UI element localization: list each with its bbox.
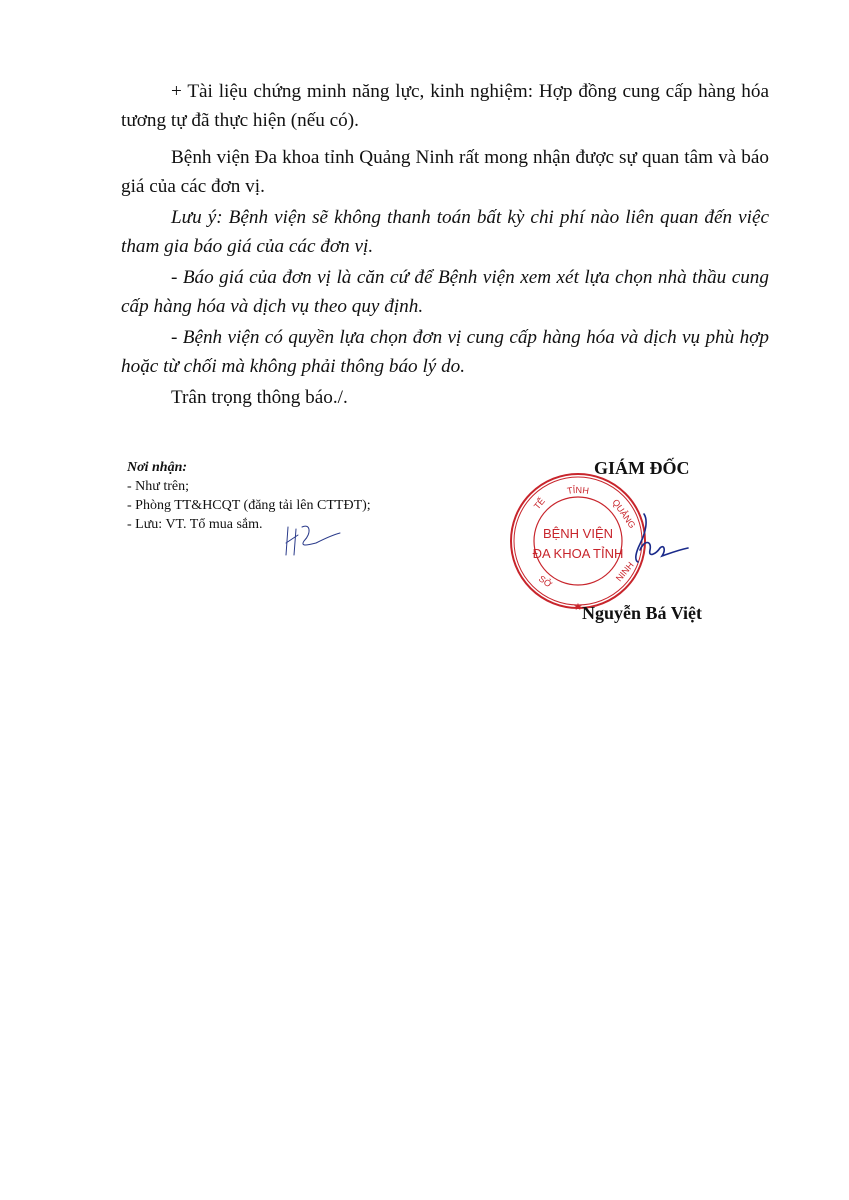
initials-signature-icon bbox=[282, 521, 342, 557]
paragraph-rights: - Bệnh viện có quyền lựa chọn đơn vị cun… bbox=[121, 323, 769, 381]
paragraph-documents: + Tài liệu chứng minh năng lực, kinh ngh… bbox=[121, 77, 769, 135]
paragraph-text: Bệnh viện Đa khoa tỉnh Quảng Ninh rất mo… bbox=[121, 147, 769, 197]
svg-text:SỞ: SỞ bbox=[537, 573, 555, 590]
recipients-heading: Nơi nhận: bbox=[127, 458, 371, 477]
svg-text:TẾ: TẾ bbox=[532, 496, 547, 511]
paragraph-text: Lưu ý: Bệnh viện sẽ không thanh toán bất… bbox=[121, 207, 769, 257]
paragraph-closing: Trân trọng thông báo./. bbox=[121, 383, 769, 412]
paragraph-text: - Báo giá của đơn vị là căn cứ để Bệnh v… bbox=[121, 267, 769, 317]
director-signature-icon bbox=[630, 506, 690, 571]
paragraph-note: Lưu ý: Bệnh viện sẽ không thanh toán bất… bbox=[121, 203, 769, 261]
recipient-item: - Như trên; bbox=[127, 477, 371, 496]
paragraph-request: Bệnh viện Đa khoa tỉnh Quảng Ninh rất mo… bbox=[121, 143, 769, 201]
svg-text:ĐA KHOA TỈNH: ĐA KHOA TỈNH bbox=[533, 546, 624, 561]
document-page: + Tài liệu chứng minh năng lực, kinh ngh… bbox=[0, 0, 849, 1200]
paragraph-text: + Tài liệu chứng minh năng lực, kinh ngh… bbox=[121, 81, 769, 131]
svg-text:TỈNH: TỈNH bbox=[566, 484, 589, 496]
recipient-item: - Phòng TT&HCQT (đăng tải lên CTTĐT); bbox=[127, 496, 371, 515]
svg-text:BỆNH VIỆN: BỆNH VIỆN bbox=[543, 526, 613, 541]
signatory-name: Nguyễn Bá Việt bbox=[582, 603, 702, 624]
paragraph-quote-basis: - Báo giá của đơn vị là căn cứ để Bệnh v… bbox=[121, 263, 769, 321]
paragraph-text: - Bệnh viện có quyền lựa chọn đơn vị cun… bbox=[121, 327, 769, 377]
paragraph-text: Trân trọng thông báo./. bbox=[171, 387, 348, 408]
official-stamp-icon: TỈNH TẾ QUẢNG NINH SỞ BỆNH VIỆN ĐA KHOA … bbox=[508, 470, 648, 612]
